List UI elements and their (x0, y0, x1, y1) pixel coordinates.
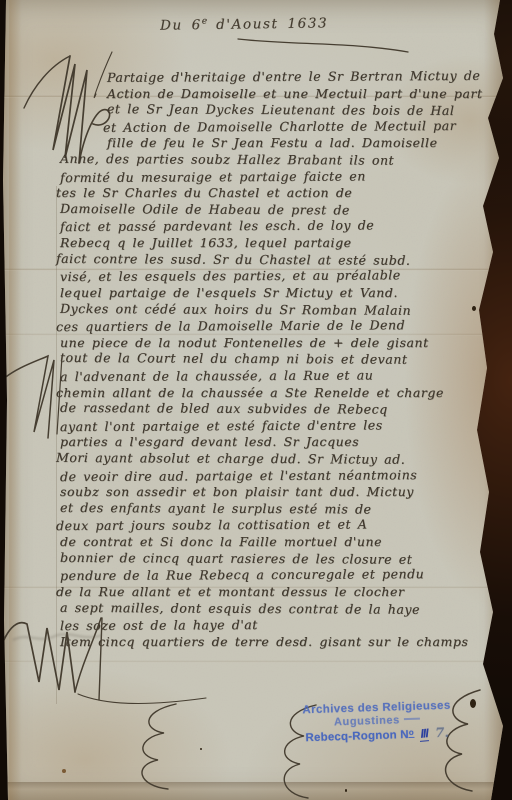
verso-showthrough-mark (10, 626, 105, 650)
stamp-handwritten-number: III (418, 726, 429, 742)
manuscript-line: de veoir dire aud. partaige et l'estant … (60, 467, 478, 486)
manuscript-line: de contrat et Si donc la Faille mortuel … (60, 534, 478, 551)
manuscript-line: Rebecq q le Juillet 1633, lequel partaig… (60, 235, 478, 252)
stamp-handwritten-suffix: 7. (435, 725, 449, 740)
manuscript-line: les soze ost de la haye d'at (60, 616, 478, 635)
manuscript-paper: Du 6e d'Aoust 1633 Partaige d'heritaige … (0, 0, 512, 800)
ink-blot (470, 699, 476, 708)
ink-speck (62, 769, 66, 773)
manuscript-line: Mori ayant absolut et charge dud. Sr Mic… (56, 450, 474, 469)
manuscript-line: et le Sr Jean Dyckes Lieutenant des bois… (60, 101, 478, 120)
manuscript-line: soubz son assedir et bon plaisir tant du… (60, 484, 478, 501)
manuscript-line: chemin allant de la chaussée a Ste Renel… (56, 385, 474, 402)
manuscript-line: a l'advenant de la chaussée, a la Rue et… (60, 367, 478, 386)
manuscript-line: tes le Sr Charles du Chastel et action d… (56, 185, 474, 202)
stamp-line-3-text: Rebecq-Rognon N (305, 729, 409, 744)
manuscript-line: fille de feu le Sr Jean Festu a lad. Dam… (60, 135, 478, 152)
manuscript-line: et Action de Damoiselle Charlotte de Mec… (56, 118, 474, 137)
paper-left-fold-band (9, 0, 21, 800)
manuscript-line: pendure de la Rue Rebecq a concuregale e… (60, 566, 478, 585)
archive-stamp: Archives des Religieuses Augustines Rebe… (290, 699, 463, 745)
date-heading-rest: d'Aoust 1633 (207, 15, 328, 33)
stamp-no-superscript: o (409, 727, 414, 737)
manuscript-line: faict et passé pardevant les esch. de lo… (60, 217, 478, 236)
date-heading: Du 6e d'Aoust 1633 (160, 15, 328, 34)
date-heading-text: Du 6 (160, 17, 202, 34)
paper-bottom-fold (0, 782, 506, 800)
manuscript-line: parties a l'esgard devant lesd. Sr Jacqu… (60, 434, 478, 451)
manuscript-line: formité du mesuraige et partaige faicte … (60, 168, 478, 187)
stamp-underline-mark (404, 717, 420, 720)
manuscript-line: visé, et les esquels des parties, et au … (60, 267, 478, 286)
ink-blot (472, 306, 476, 311)
manuscript-line: une piece de la nodut Fontenelles de + d… (60, 335, 478, 352)
manuscript-line: lequel partaige de l'esquels Sr Mictuy e… (60, 285, 478, 302)
manuscript-line: ces quartiers de la Damoiselle Marie de … (56, 317, 474, 336)
manuscript-line: de la Rue allant et et montant dessus le… (56, 584, 474, 601)
ink-speck (200, 748, 202, 750)
manuscript-line: Partaige d'heritaige d'entre le Sr Bertr… (60, 68, 478, 87)
photo-of-manuscript: Du 6e d'Aoust 1633 Partaige d'heritaige … (0, 0, 512, 800)
paper-crease (0, 660, 502, 663)
manuscript-line: Anne, des parties soubz Hallez Brabant i… (60, 151, 478, 170)
manuscript-lines: Partaige d'heritaige d'entre le Sr Bertr… (60, 69, 478, 650)
ink-speck (345, 789, 347, 792)
manuscript-line: Action de Damoiselle et une Mectuil part… (60, 86, 478, 103)
manuscript-line: Item cincq quartiers de terre desd. gisa… (60, 634, 478, 651)
manuscript-line: de rassedant de bled aux subvides de Reb… (60, 400, 478, 419)
manuscript-line: ayant l'ont partaige et esté faicte d'en… (60, 417, 478, 436)
stamp-line-2-text: Augustines (334, 714, 400, 728)
manuscript-line: deux part jours soubz la cottisation et … (56, 516, 474, 535)
